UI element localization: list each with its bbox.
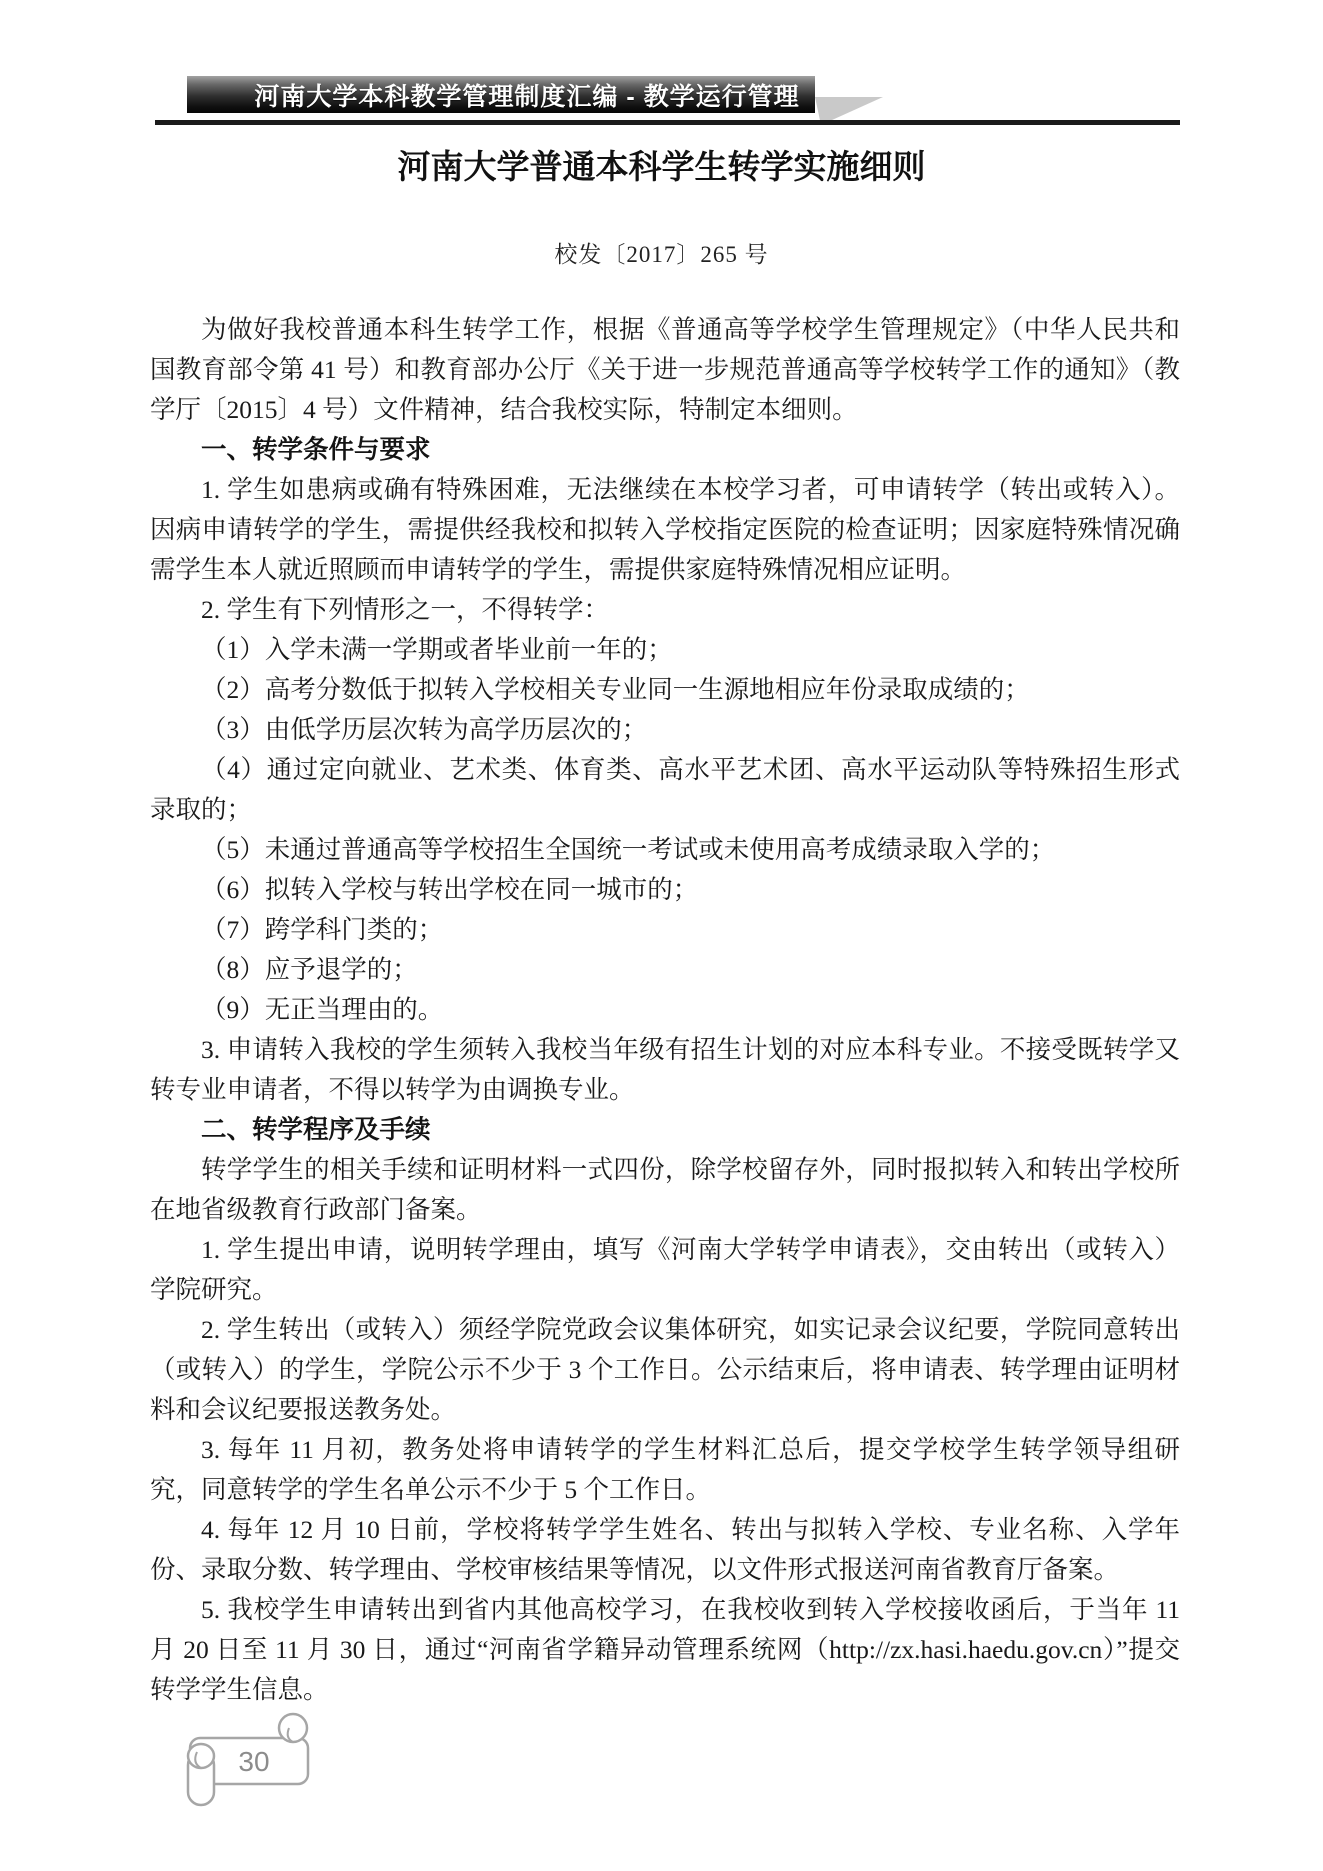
header-banner-title: 河南大学本科教学管理制度汇编 - 教学运行管理 [254, 77, 799, 113]
list-item: （8）应予退学的； [150, 950, 1180, 990]
paragraph: 2. 学生转出（或转入）须经学院党政会议集体研究，如实记录会议纪要，学院同意转出… [150, 1310, 1180, 1430]
paragraph: 2. 学生有下列情形之一，不得转学： [150, 590, 1180, 630]
list-item: （6）拟转入学校与转出学校在同一城市的； [150, 870, 1180, 910]
paragraph: 为做好我校普通本科生转学工作，根据《普通高等学校学生管理规定》（中华人民共和国教… [150, 310, 1180, 430]
paragraph: 4. 每年 12 月 10 日前，学校将转学学生姓名、转出与拟转入学校、专业名称… [150, 1510, 1180, 1590]
header-banner: 河南大学本科教学管理制度汇编 - 教学运行管理 [187, 76, 815, 113]
page-title: 河南大学普通本科学生转学实施细则 [0, 141, 1323, 188]
list-item: （3）由低学历层次转为高学历层次的； [150, 710, 1180, 750]
scroll-banner-icon: 30 [150, 1702, 370, 1817]
paragraph: 转学学生的相关手续和证明材料一式四份，除学校留存外，同时报拟转入和转出学校所在地… [150, 1150, 1180, 1230]
list-item: （1）入学未满一学期或者毕业前一年的； [150, 630, 1180, 670]
list-item: （2）高考分数低于拟转入学校相关专业同一生源地相应年份录取成绩的； [150, 670, 1180, 710]
page-number: 30 [238, 1746, 269, 1777]
paragraph: 3. 每年 11 月初，教务处将申请转学的学生材料汇总后，提交学校学生转学领导组… [150, 1430, 1180, 1510]
document-body: 为做好我校普通本科生转学工作，根据《普通高等学校学生管理规定》（中华人民共和国教… [150, 310, 1180, 1710]
section-heading: 一、转学条件与要求 [150, 430, 1180, 470]
paragraph: 3. 申请转入我校的学生须转入我校当年级有招生计划的对应本科专业。不接受既转学又… [150, 1030, 1180, 1110]
section-heading: 二、转学程序及手续 [150, 1110, 1180, 1150]
document-page: 河南大学本科教学管理制度汇编 - 教学运行管理 河南大学普通本科学生转学实施细则… [0, 0, 1323, 1871]
list-item: （5）未通过普通高等学校招生全国统一考试或未使用高考成绩录取入学的； [150, 830, 1180, 870]
paragraph: 5. 我校学生申请转出到省内其他高校学习，在我校收到转入学校接收函后，于当年 1… [150, 1590, 1180, 1710]
paragraph: 1. 学生提出申请，说明转学理由，填写《河南大学转学申请表》，交由转出（或转入）… [150, 1230, 1180, 1310]
list-item: （7）跨学科门类的； [150, 910, 1180, 950]
doc-number: 校发〔2017〕265 号 [0, 236, 1323, 269]
list-item: （4）通过定向就业、艺术类、体育类、高水平艺术团、高水平运动队等特殊招生形式录取… [150, 750, 1180, 830]
list-item: （9）无正当理由的。 [150, 990, 1180, 1030]
header-rule-line [155, 120, 1180, 125]
paragraph: 1. 学生如患病或确有特殊困难，无法继续在本校学习者，可申请转学（转出或转入）。… [150, 470, 1180, 590]
